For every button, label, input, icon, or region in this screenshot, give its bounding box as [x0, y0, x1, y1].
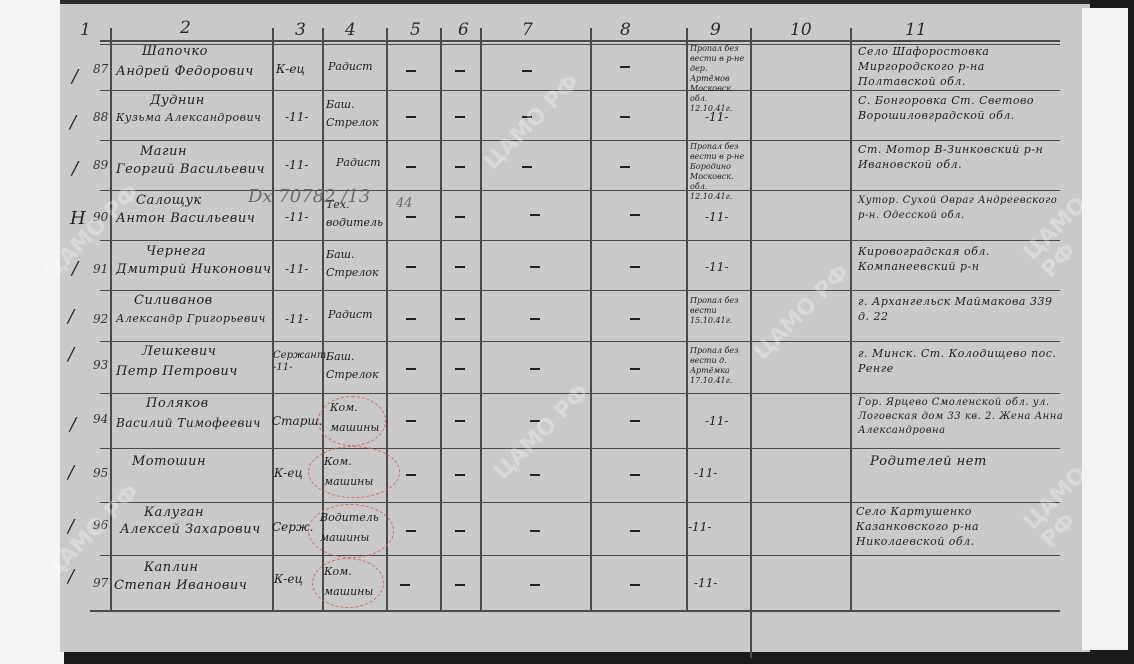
home-address: Ст. Мотор В-Зинковский р-н Ивановской об…: [858, 142, 1058, 172]
row-divider: [100, 341, 1060, 342]
row-divider: [100, 502, 1060, 503]
row-divider: [100, 240, 1060, 241]
margin-check-mark: /: [68, 462, 74, 483]
given-name: Василий Тимофеевич: [116, 416, 261, 430]
given-name: Степан Иванович: [114, 578, 247, 593]
surname: Чернега: [146, 244, 206, 259]
fate-note: -11-: [705, 260, 728, 274]
row-divider: [100, 448, 1060, 449]
fate-note: -11-: [705, 414, 728, 428]
col-header-5: 5: [410, 20, 421, 40]
rank: К-ец: [274, 466, 303, 480]
col-header-10: 10: [790, 20, 812, 40]
row-divider: [100, 290, 1060, 291]
row-divider: [100, 190, 1060, 191]
surname: Салощук: [136, 193, 202, 208]
surname: Силиванов: [134, 293, 213, 308]
col-header-8: 8: [620, 20, 631, 40]
margin-check-mark: /: [72, 158, 78, 179]
surname: Дуднин: [150, 93, 205, 108]
margin-check-mark: /: [68, 306, 74, 327]
col-header-6: 6: [458, 20, 469, 40]
fate-note: Пропал без вести 15.10.41г.: [690, 296, 746, 326]
pencil-annotation: 44: [396, 196, 413, 211]
header-divider: [100, 40, 1060, 42]
rank: -11-: [285, 110, 308, 124]
role: Баш. Стрелок: [326, 246, 386, 282]
home-address: Гор. Ярцево Смоленской обл. ул. Логовска…: [858, 396, 1076, 438]
fate-note: -11-: [694, 466, 717, 480]
surname: Каплин: [144, 560, 198, 575]
surname: Магин: [140, 144, 187, 159]
rank: -11-: [285, 312, 308, 326]
role: Ком. машины: [324, 452, 384, 492]
col-header-2: 2: [180, 18, 191, 38]
given-name: Алексей Захарович: [120, 522, 261, 537]
fate-note: -11-: [705, 110, 728, 124]
fate-note: -11-: [705, 210, 728, 224]
fate-note: Пропал без вести д. Артёмка 17.10.41г.: [690, 346, 746, 386]
row-divider: [100, 555, 1060, 556]
surname: Шапочко: [142, 44, 208, 59]
rank: К-ец: [274, 572, 303, 586]
fate-note: Пропал без вести в р-не Бородино Московс…: [690, 142, 746, 202]
fate-note: -11-: [688, 520, 711, 534]
rank: -11-: [285, 262, 308, 276]
role: Радист: [328, 304, 373, 326]
home-address: г. Минск. Ст. Колодищево пос. Ренге: [858, 346, 1068, 376]
given-name: Андрей Федорович: [116, 64, 254, 79]
col-header-11: 11: [905, 20, 927, 40]
role: Радист: [328, 56, 373, 78]
col-divider: [590, 28, 592, 610]
row-number: 94: [93, 412, 108, 426]
rank: Старш.: [272, 414, 323, 428]
row-number: 89: [93, 158, 108, 172]
surname: Калуган: [144, 505, 204, 520]
role: Баш. Стрелок: [326, 96, 386, 132]
surname: Лешкевич: [142, 344, 216, 359]
row-number: 92: [93, 312, 108, 326]
surname: Мотошин: [132, 454, 206, 469]
row-number: 87: [93, 62, 108, 76]
col-header-3: 3: [295, 20, 306, 40]
role: Водитель машины: [320, 508, 390, 548]
row-number: 91: [93, 262, 108, 276]
given-name: Дмитрий Никонович: [116, 262, 271, 277]
given-name: Кузьма Александрович: [116, 111, 261, 124]
col-divider: [440, 28, 442, 610]
surname: Поляков: [146, 396, 209, 411]
col-divider: [850, 28, 852, 610]
home-address: Хутор. Сухой Овраг Андреевского р-н. Оде…: [858, 193, 1068, 223]
home-address: Родителей нет: [870, 454, 1070, 469]
margin-check-mark: /: [68, 344, 74, 365]
role: Радист: [336, 152, 381, 174]
col-divider: [480, 28, 482, 610]
home-address: С. Бонгоровка Ст. Светово Ворошиловградс…: [858, 93, 1058, 123]
margin-check-mark: /: [72, 66, 78, 87]
given-name: Антон Васильевич: [116, 211, 255, 226]
home-address: Село Шафоростовка Миргородского р-на Пол…: [858, 44, 1058, 89]
col-header-9: 9: [710, 20, 721, 40]
col-header-4: 4: [345, 20, 356, 40]
row-number: 93: [93, 358, 108, 372]
fate-note: -11-: [694, 576, 717, 590]
rank: -11-: [285, 210, 308, 224]
given-name: Георгий Васильевич: [116, 162, 265, 177]
role: Ком. машины: [330, 398, 386, 438]
row-number: 88: [93, 110, 108, 124]
margin-check-mark: /: [70, 414, 76, 435]
rank: Сержант -11-: [273, 350, 321, 374]
fate-note: Пропал без вести в р-не дер. Артёмов Мос…: [690, 44, 746, 114]
given-name: Александр Григорьевич: [116, 312, 266, 325]
pencil-annotation: Dx 70782 /13: [248, 186, 370, 207]
margin-check-mark: /: [70, 112, 76, 133]
col-header-1: 1: [80, 20, 91, 40]
given-name: Петр Петрович: [116, 364, 238, 379]
col-header-7: 7: [522, 20, 533, 40]
rank: К-ец: [276, 62, 305, 76]
row-number: 95: [93, 466, 108, 480]
rank: -11-: [285, 158, 308, 172]
row-number: 97: [93, 576, 108, 590]
table-bottom-line: [90, 610, 1060, 612]
role: Баш. Стрелок: [326, 348, 386, 384]
home-address: г. Архангельск Маймакова 339 д. 22: [858, 294, 1058, 324]
role: Ком. машины: [324, 562, 380, 602]
row-divider: [100, 140, 1060, 141]
